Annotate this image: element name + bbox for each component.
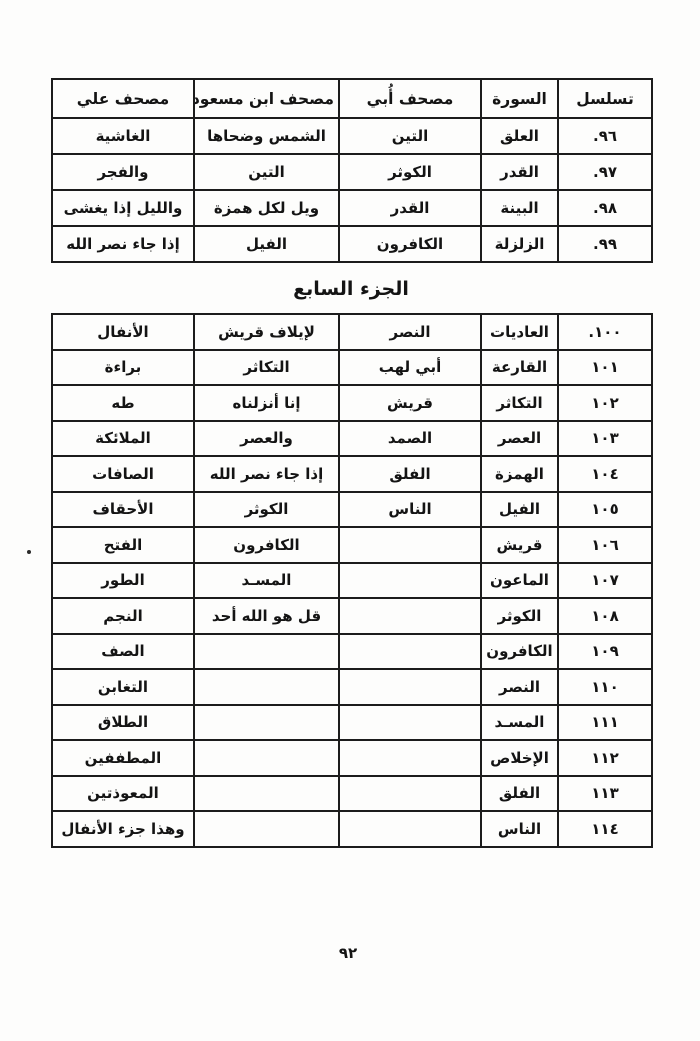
header-mushaf-ibn-masud: مصحف ابن مسعود — [194, 79, 339, 118]
cell-serial: ١١٤ — [558, 811, 652, 847]
cell-ubayy: النصر — [339, 314, 481, 350]
cell-ubayy — [339, 740, 481, 776]
cell-ubayy: الفلق — [339, 456, 481, 492]
table-row: ١١٠ النصر التغابن — [52, 669, 652, 705]
cell-ibn-masud — [194, 740, 339, 776]
cell-ibn-masud: الشمس وضحاها — [194, 118, 339, 154]
cell-serial: ١١٢ — [558, 740, 652, 776]
cell-surah: الفيل — [481, 492, 558, 528]
header-serial: تسلسل — [558, 79, 652, 118]
cell-serial: ١١٠ — [558, 669, 652, 705]
cell-ali: المطففين — [52, 740, 194, 776]
cell-ali: والفجر — [52, 154, 194, 190]
cell-surah: الهمزة — [481, 456, 558, 492]
cell-ibn-masud: التكاثر — [194, 350, 339, 386]
page-number: ٩٢ — [318, 944, 378, 962]
cell-ibn-masud: الفيل — [194, 226, 339, 262]
cell-ali: براءة — [52, 350, 194, 386]
header-mushaf-ali: مصحف علي — [52, 79, 194, 118]
cell-serial: ٩٩. — [558, 226, 652, 262]
table-row: ١١٢ الإخلاص المطففين — [52, 740, 652, 776]
cell-ubayy — [339, 776, 481, 812]
cell-ubayy — [339, 598, 481, 634]
cell-ali: طه — [52, 385, 194, 421]
table-row: ١٠١ القارعة أبي لهب التكاثر براءة — [52, 350, 652, 386]
table-row: ١١٣ الفلق المعوذتين — [52, 776, 652, 812]
cell-serial: ١٠٩ — [558, 634, 652, 670]
table-row: ٩٩. الزلزلة الكافرون الفيل إذا جاء نصر ا… — [52, 226, 652, 262]
cell-ibn-masud — [194, 634, 339, 670]
cell-surah: الكوثر — [481, 598, 558, 634]
cell-ali: النجم — [52, 598, 194, 634]
table-row: ١٠٤ الهمزة الفلق إذا جاء نصر الله الصافا… — [52, 456, 652, 492]
cell-ubayy: الكافرون — [339, 226, 481, 262]
cell-ali: وهذا جزء الأنفال — [52, 811, 194, 847]
cell-ubayy — [339, 634, 481, 670]
cell-ubayy — [339, 563, 481, 599]
cell-serial: ١٠٧ — [558, 563, 652, 599]
cell-ali: الطلاق — [52, 705, 194, 741]
cell-ibn-masud: إنا أنزلناه — [194, 385, 339, 421]
cell-serial: ١٠٣ — [558, 421, 652, 457]
cell-ubayy — [339, 527, 481, 563]
cell-ali: التغابن — [52, 669, 194, 705]
codices-table-juz-seven: ١٠٠. العاديات النصر لإيلاف قريش الأنفال … — [51, 313, 653, 848]
cell-surah: الزلزلة — [481, 226, 558, 262]
header-surah: السورة — [481, 79, 558, 118]
cell-serial: ١٠٦ — [558, 527, 652, 563]
table-row: ٩٨. البينة القدر ويل لكل همزة والليل إذا… — [52, 190, 652, 226]
table-row: ١١٤ الناس وهذا جزء الأنفال — [52, 811, 652, 847]
table-row: ١٠٩ الكافرون الصف — [52, 634, 652, 670]
cell-serial: ١٠٥ — [558, 492, 652, 528]
table-header-row: تسلسل السورة مصحف أُبي مصحف ابن مسعود مص… — [52, 79, 652, 118]
cell-ubayy — [339, 669, 481, 705]
scan-artifact-dot — [27, 550, 31, 554]
cell-surah: المسـد — [481, 705, 558, 741]
cell-ibn-masud: الكوثر — [194, 492, 339, 528]
cell-ali: والليل إذا يغشى — [52, 190, 194, 226]
cell-ibn-masud: والعصر — [194, 421, 339, 457]
cell-ubayy: الكوثر — [339, 154, 481, 190]
cell-surah: الماعون — [481, 563, 558, 599]
cell-surah: العصر — [481, 421, 558, 457]
cell-ibn-masud — [194, 669, 339, 705]
cell-ali: المعوذتين — [52, 776, 194, 812]
table-row: ٩٦. العلق التين الشمس وضحاها الغاشية — [52, 118, 652, 154]
cell-serial: ١٠٤ — [558, 456, 652, 492]
cell-ibn-masud — [194, 776, 339, 812]
cell-ali: الصف — [52, 634, 194, 670]
cell-serial: ١٠٠. — [558, 314, 652, 350]
cell-ibn-masud: ويل لكل همزة — [194, 190, 339, 226]
cell-ubayy: الصمد — [339, 421, 481, 457]
cell-ibn-masud: قل هو الله أحد — [194, 598, 339, 634]
cell-ali: الغاشية — [52, 118, 194, 154]
cell-ubayy: القدر — [339, 190, 481, 226]
cell-ali: الفتح — [52, 527, 194, 563]
cell-serial: ٩٨. — [558, 190, 652, 226]
cell-ali: الطور — [52, 563, 194, 599]
cell-serial: ٩٦. — [558, 118, 652, 154]
cell-ibn-masud: التين — [194, 154, 339, 190]
cell-ali: الملائكة — [52, 421, 194, 457]
cell-serial: ١١١ — [558, 705, 652, 741]
cell-ibn-masud: الكافرون — [194, 527, 339, 563]
cell-serial: ١٠٨ — [558, 598, 652, 634]
cell-ibn-masud: لإيلاف قريش — [194, 314, 339, 350]
cell-surah: العاديات — [481, 314, 558, 350]
cell-surah: العلق — [481, 118, 558, 154]
table-row: ١٠٣ العصر الصمد والعصر الملائكة — [52, 421, 652, 457]
codices-table-top: تسلسل السورة مصحف أُبي مصحف ابن مسعود مص… — [51, 78, 653, 263]
cell-ali: الأنفال — [52, 314, 194, 350]
cell-ibn-masud — [194, 811, 339, 847]
header-mushaf-ubayy: مصحف أُبي — [339, 79, 481, 118]
table-row: ١٠٠. العاديات النصر لإيلاف قريش الأنفال — [52, 314, 652, 350]
scanned-page: تسلسل السورة مصحف أُبي مصحف ابن مسعود مص… — [0, 0, 700, 1041]
table-row: ١٠٨ الكوثر قل هو الله أحد النجم — [52, 598, 652, 634]
cell-surah: الكافرون — [481, 634, 558, 670]
section-heading: الجزء السابع — [51, 278, 651, 300]
cell-surah: التكاثر — [481, 385, 558, 421]
cell-serial: ١٠٢ — [558, 385, 652, 421]
cell-ibn-masud: إذا جاء نصر الله — [194, 456, 339, 492]
cell-ubayy: أبي لهب — [339, 350, 481, 386]
table-row: ١٠٢ التكاثر قريش إنا أنزلناه طه — [52, 385, 652, 421]
cell-surah: البينة — [481, 190, 558, 226]
table-row: ١٠٥ الفيل الناس الكوثر الأحقاف — [52, 492, 652, 528]
cell-surah: النصر — [481, 669, 558, 705]
cell-surah: الإخلاص — [481, 740, 558, 776]
cell-serial: ٩٧. — [558, 154, 652, 190]
cell-ubayy — [339, 705, 481, 741]
cell-serial: ١٠١ — [558, 350, 652, 386]
top-margin — [0, 0, 700, 78]
cell-ibn-masud: المسـد — [194, 563, 339, 599]
cell-surah: قريش — [481, 527, 558, 563]
table-row: ١٠٦ قريش الكافرون الفتح — [52, 527, 652, 563]
cell-ubayy: التين — [339, 118, 481, 154]
cell-ali: الصافات — [52, 456, 194, 492]
cell-ubayy: قريش — [339, 385, 481, 421]
table-row: ١٠٧ الماعون المسـد الطور — [52, 563, 652, 599]
cell-ali: الأحقاف — [52, 492, 194, 528]
table-row: ١١١ المسـد الطلاق — [52, 705, 652, 741]
cell-ubayy — [339, 811, 481, 847]
cell-serial: ١١٣ — [558, 776, 652, 812]
cell-surah: القدر — [481, 154, 558, 190]
cell-ibn-masud — [194, 705, 339, 741]
cell-surah: الفلق — [481, 776, 558, 812]
table-row: ٩٧. القدر الكوثر التين والفجر — [52, 154, 652, 190]
cell-surah: الناس — [481, 811, 558, 847]
cell-ali: إذا جاء نصر الله — [52, 226, 194, 262]
cell-surah: القارعة — [481, 350, 558, 386]
cell-ubayy: الناس — [339, 492, 481, 528]
